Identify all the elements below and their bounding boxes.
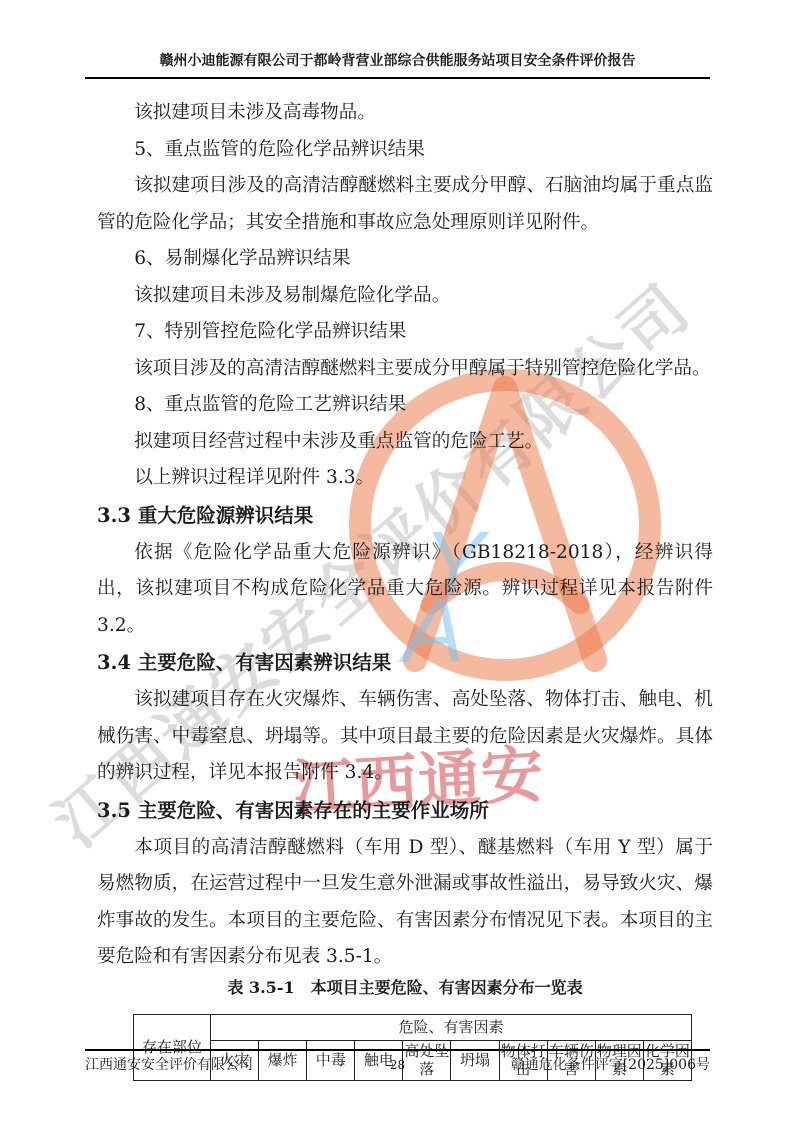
paragraph: 该项目涉及的高清洁醇醚燃料主要成分甲醇属于特别管控危险化学品。 bbox=[97, 351, 713, 388]
report-title: 赣州小迪能源有限公司于都岭背营业部综合供能服务站项目安全条件评价报告 bbox=[160, 53, 636, 69]
paragraph: 以上辨识过程详见附件 3.3。 bbox=[97, 460, 713, 497]
paragraph: 7、特别管控危险化学品辨识结果 bbox=[97, 314, 713, 351]
paragraph: 8、重点监管的危险工艺辨识结果 bbox=[97, 387, 713, 424]
document-body: 该拟建项目未涉及高毒物品。 5、重点监管的危险化学品辨识结果 该拟建项目涉及的高… bbox=[97, 95, 713, 1081]
section-heading-3-4: 3.4 主要危险、有害因素辨识结果 bbox=[97, 644, 713, 682]
paragraph: 6、易制爆化学品辨识结果 bbox=[97, 241, 713, 278]
table-caption: 表 3.5-1 本项目主要危险、有害因素分布一览表 bbox=[97, 976, 713, 1000]
table-row: 存在部位 危险、有害因素 bbox=[134, 1014, 692, 1040]
footer-company: 江西通安安全评价有限公司 bbox=[85, 1054, 368, 1074]
table-header-group: 危险、有害因素 bbox=[211, 1014, 692, 1040]
section-heading-3-3: 3.3 重大危险源辨识结果 bbox=[97, 497, 713, 535]
paragraph: 拟建项目经营过程中未涉及重点监管的危险工艺。 bbox=[97, 424, 713, 461]
document-page: 江西通安安全评价有限公司 Y A 江西通安 赣州小迪能源有限公司于都岭背营业部综… bbox=[0, 0, 793, 1122]
paragraph: 该拟建项目存在火灾爆炸、车辆伤害、高处坠落、物体打击、触电、机械伤害、中毒窒息、… bbox=[97, 682, 713, 792]
footer-page-number: 28 bbox=[368, 1058, 428, 1072]
paragraph: 依据《危险化学品重大危险源辨识》（GB18218-2018），经辨识得出，该拟建… bbox=[97, 535, 713, 645]
paragraph: 该拟建项目未涉及高毒物品。 bbox=[97, 95, 713, 132]
paragraph: 5、重点监管的危险化学品辨识结果 bbox=[97, 132, 713, 169]
page-footer: 江西通安安全评价有限公司 28 赣通危化条件评字[2025]006号 bbox=[85, 1049, 710, 1074]
paragraph: 本项目的高清洁醇醚燃料（车用 D 型）、醚基燃料（车用 Y 型）属于易燃物质，在… bbox=[97, 830, 713, 976]
paragraph: 该拟建项目未涉及易制爆危险化学品。 bbox=[97, 278, 713, 315]
paragraph: 该拟建项目涉及的高清洁醇醚燃料主要成分甲醇、石脑油均属于重点监管的危险化学品；其… bbox=[97, 168, 713, 241]
page-header: 赣州小迪能源有限公司于都岭背营业部综合供能服务站项目安全条件评价报告 bbox=[85, 50, 710, 79]
section-heading-3-5: 3.5 主要危险、有害因素存在的主要作业场所 bbox=[97, 792, 713, 830]
footer-doc-number: 赣通危化条件评字[2025]006号 bbox=[428, 1054, 711, 1074]
